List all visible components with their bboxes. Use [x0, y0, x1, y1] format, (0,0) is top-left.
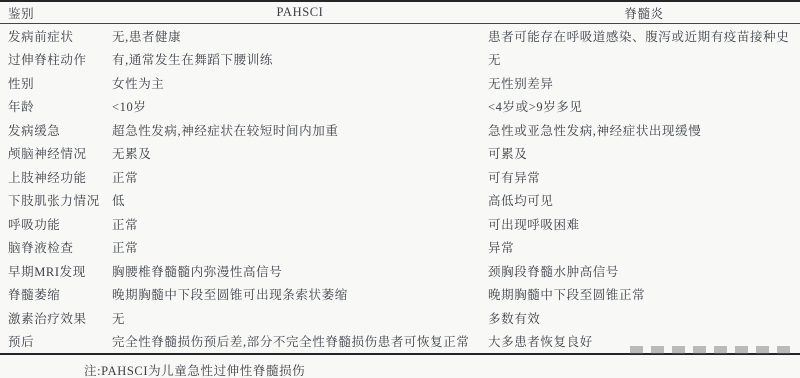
- pahsci-cell: <10岁: [112, 95, 488, 119]
- myelitis-cell: <4岁或>9岁多见: [488, 95, 800, 119]
- pahsci-cell: 完全性脊髓损伤预后差,部分不完全性脊髓损伤患者可恢复正常: [112, 330, 488, 355]
- row-label: 年龄: [0, 95, 112, 119]
- pahsci-cell: 胸腰椎脊髓髓内弥漫性高信号: [112, 259, 488, 283]
- table-row: 预后 完全性脊髓损伤预后差,部分不完全性脊髓损伤患者可恢复正常 大多患者恢复良好: [0, 330, 800, 355]
- row-label: 脑脊液检查: [0, 236, 112, 260]
- myelitis-cell: 异常: [488, 236, 800, 260]
- row-label: 性别: [0, 71, 112, 95]
- table-row: 过伸脊柱动作 有,通常发生在舞蹈下腰训练 无: [0, 48, 800, 72]
- row-label: 上肢神经功能: [0, 165, 112, 189]
- pahsci-cell: 超急性发病,神经症状在较短时间内加重: [112, 118, 488, 142]
- myelitis-cell: 急性或亚急性发病,神经症状出现缓慢: [488, 118, 800, 142]
- myelitis-cell: 患者可能存在呼吸道感染、腹泻或近期有疫苗接种史: [488, 24, 800, 48]
- table-row: 呼吸功能 正常 可出现呼吸困难: [0, 212, 800, 236]
- table-footnote: 注:PAHSCI为儿童急性过伸性脊髓损伤: [84, 361, 800, 378]
- myelitis-cell: 可有异常: [488, 165, 800, 189]
- pahsci-cell: 有,通常发生在舞蹈下腰训练: [112, 48, 488, 72]
- myelitis-cell: 高低均可见: [488, 189, 800, 213]
- pahsci-cell: 正常: [112, 236, 488, 260]
- row-label: 早期MRI发现: [0, 259, 112, 283]
- column-header-pahsci: PAHSCI: [112, 1, 488, 24]
- table-row: 上肢神经功能 正常 可有异常: [0, 165, 800, 189]
- pahsci-cell: 正常: [112, 212, 488, 236]
- table-row: 下肢肌张力情况 低 高低均可见: [0, 189, 800, 213]
- differential-diagnosis-table: 鉴别 PAHSCI 脊髓炎 发病前症状 无,患者健康 患者可能存在呼吸道感染、腹…: [0, 0, 800, 355]
- row-label: 发病缓急: [0, 118, 112, 142]
- row-label: 颅脑神经情况: [0, 142, 112, 166]
- row-label: 过伸脊柱动作: [0, 48, 112, 72]
- myelitis-cell: 可出现呼吸困难: [488, 212, 800, 236]
- pahsci-cell: 无: [112, 306, 488, 330]
- row-label: 呼吸功能: [0, 212, 112, 236]
- table-row: 早期MRI发现 胸腰椎脊髓髓内弥漫性高信号 颈胸段脊髓水肿高信号: [0, 259, 800, 283]
- table-row: 年龄 <10岁 <4岁或>9岁多见: [0, 95, 800, 119]
- myelitis-cell: 无: [488, 48, 800, 72]
- pahsci-cell: 女性为主: [112, 71, 488, 95]
- row-label: 脊髓萎缩: [0, 283, 112, 307]
- column-header-myelitis: 脊髓炎: [488, 1, 800, 24]
- scanned-table-page: 鉴别 PAHSCI 脊髓炎 发病前症状 无,患者健康 患者可能存在呼吸道感染、腹…: [0, 0, 800, 378]
- myelitis-cell: 无性别差异: [488, 71, 800, 95]
- myelitis-cell: 大多患者恢复良好: [488, 330, 800, 355]
- row-label: 发病前症状: [0, 24, 112, 48]
- table-row: 发病前症状 无,患者健康 患者可能存在呼吸道感染、腹泻或近期有疫苗接种史: [0, 24, 800, 48]
- pahsci-cell: 正常: [112, 165, 488, 189]
- row-label: 下肢肌张力情况: [0, 189, 112, 213]
- header-row: 鉴别 PAHSCI 脊髓炎: [0, 1, 800, 24]
- myelitis-cell: 颈胸段脊髓水肿高信号: [488, 259, 800, 283]
- pahsci-cell: 无,患者健康: [112, 24, 488, 48]
- table-row: 脊髓萎缩 晚期胸髓中下段至圆锥可出现条索状萎缩 晚期胸髓中下段至圆锥正常: [0, 283, 800, 307]
- myelitis-cell: 多数有效: [488, 306, 800, 330]
- table-row: 激素治疗效果 无 多数有效: [0, 306, 800, 330]
- column-header-differential: 鉴别: [0, 1, 112, 24]
- table-row: 颅脑神经情况 无累及 可累及: [0, 142, 800, 166]
- myelitis-cell: 晚期胸髓中下段至圆锥正常: [488, 283, 800, 307]
- table-row: 发病缓急 超急性发病,神经症状在较短时间内加重 急性或亚急性发病,神经症状出现缓…: [0, 118, 800, 142]
- table-row: 性别 女性为主 无性别差异: [0, 71, 800, 95]
- pahsci-cell: 低: [112, 189, 488, 213]
- row-label: 激素治疗效果: [0, 306, 112, 330]
- table-row: 脑脊液检查 正常 异常: [0, 236, 800, 260]
- pahsci-cell: 无累及: [112, 142, 488, 166]
- myelitis-cell: 可累及: [488, 142, 800, 166]
- pahsci-cell: 晚期胸髓中下段至圆锥可出现条索状萎缩: [112, 283, 488, 307]
- row-label: 预后: [0, 330, 112, 355]
